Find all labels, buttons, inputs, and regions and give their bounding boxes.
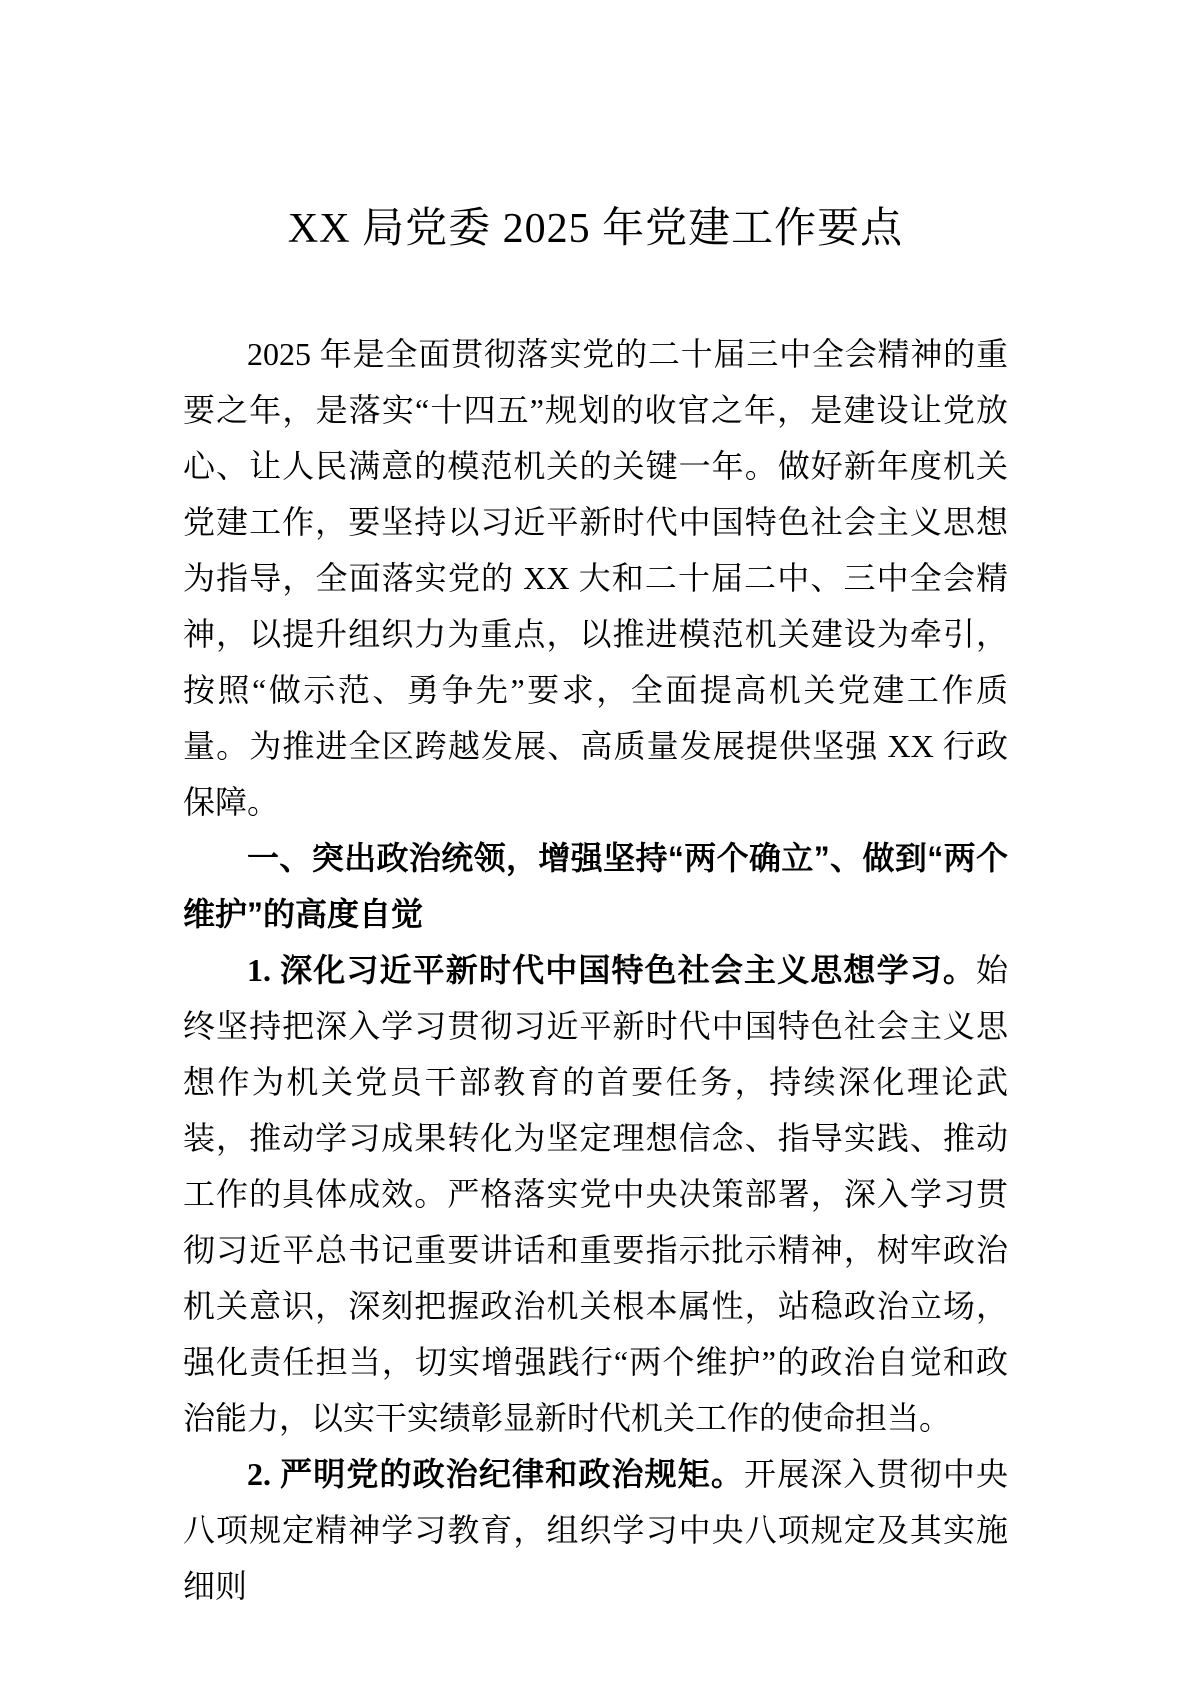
section-1-item-2: 2. 严明党的政治纪律和政治规矩。开展深入贯彻中央八项规定精神学习教育，组织学习…	[183, 1446, 1008, 1614]
section-1-heading: 一、突出政治统领，增强坚持“两个确立”、做到“两个维护”的高度自觉	[183, 830, 1008, 942]
document-title: XX 局党委 2025 年党建工作要点	[183, 202, 1008, 256]
item-1-lead: 1. 深化习近平新时代中国特色社会主义思想学习。	[247, 952, 976, 988]
document-page: XX 局党委 2025 年党建工作要点 2025 年是全面贯彻落实党的二十届三中…	[0, 0, 1190, 1683]
item-2-lead: 2. 严明党的政治纪律和政治规矩。	[247, 1456, 744, 1492]
intro-paragraph: 2025 年是全面贯彻落实党的二十届三中全会精神的重要之年，是落实“十四五”规划…	[183, 326, 1008, 830]
item-1-text: 始终坚持把深入学习贯彻习近平新时代中国特色社会主义思想作为机关党员干部教育的首要…	[183, 952, 1008, 1436]
section-1-item-1: 1. 深化习近平新时代中国特色社会主义思想学习。始终坚持把深入学习贯彻习近平新时…	[183, 942, 1008, 1446]
